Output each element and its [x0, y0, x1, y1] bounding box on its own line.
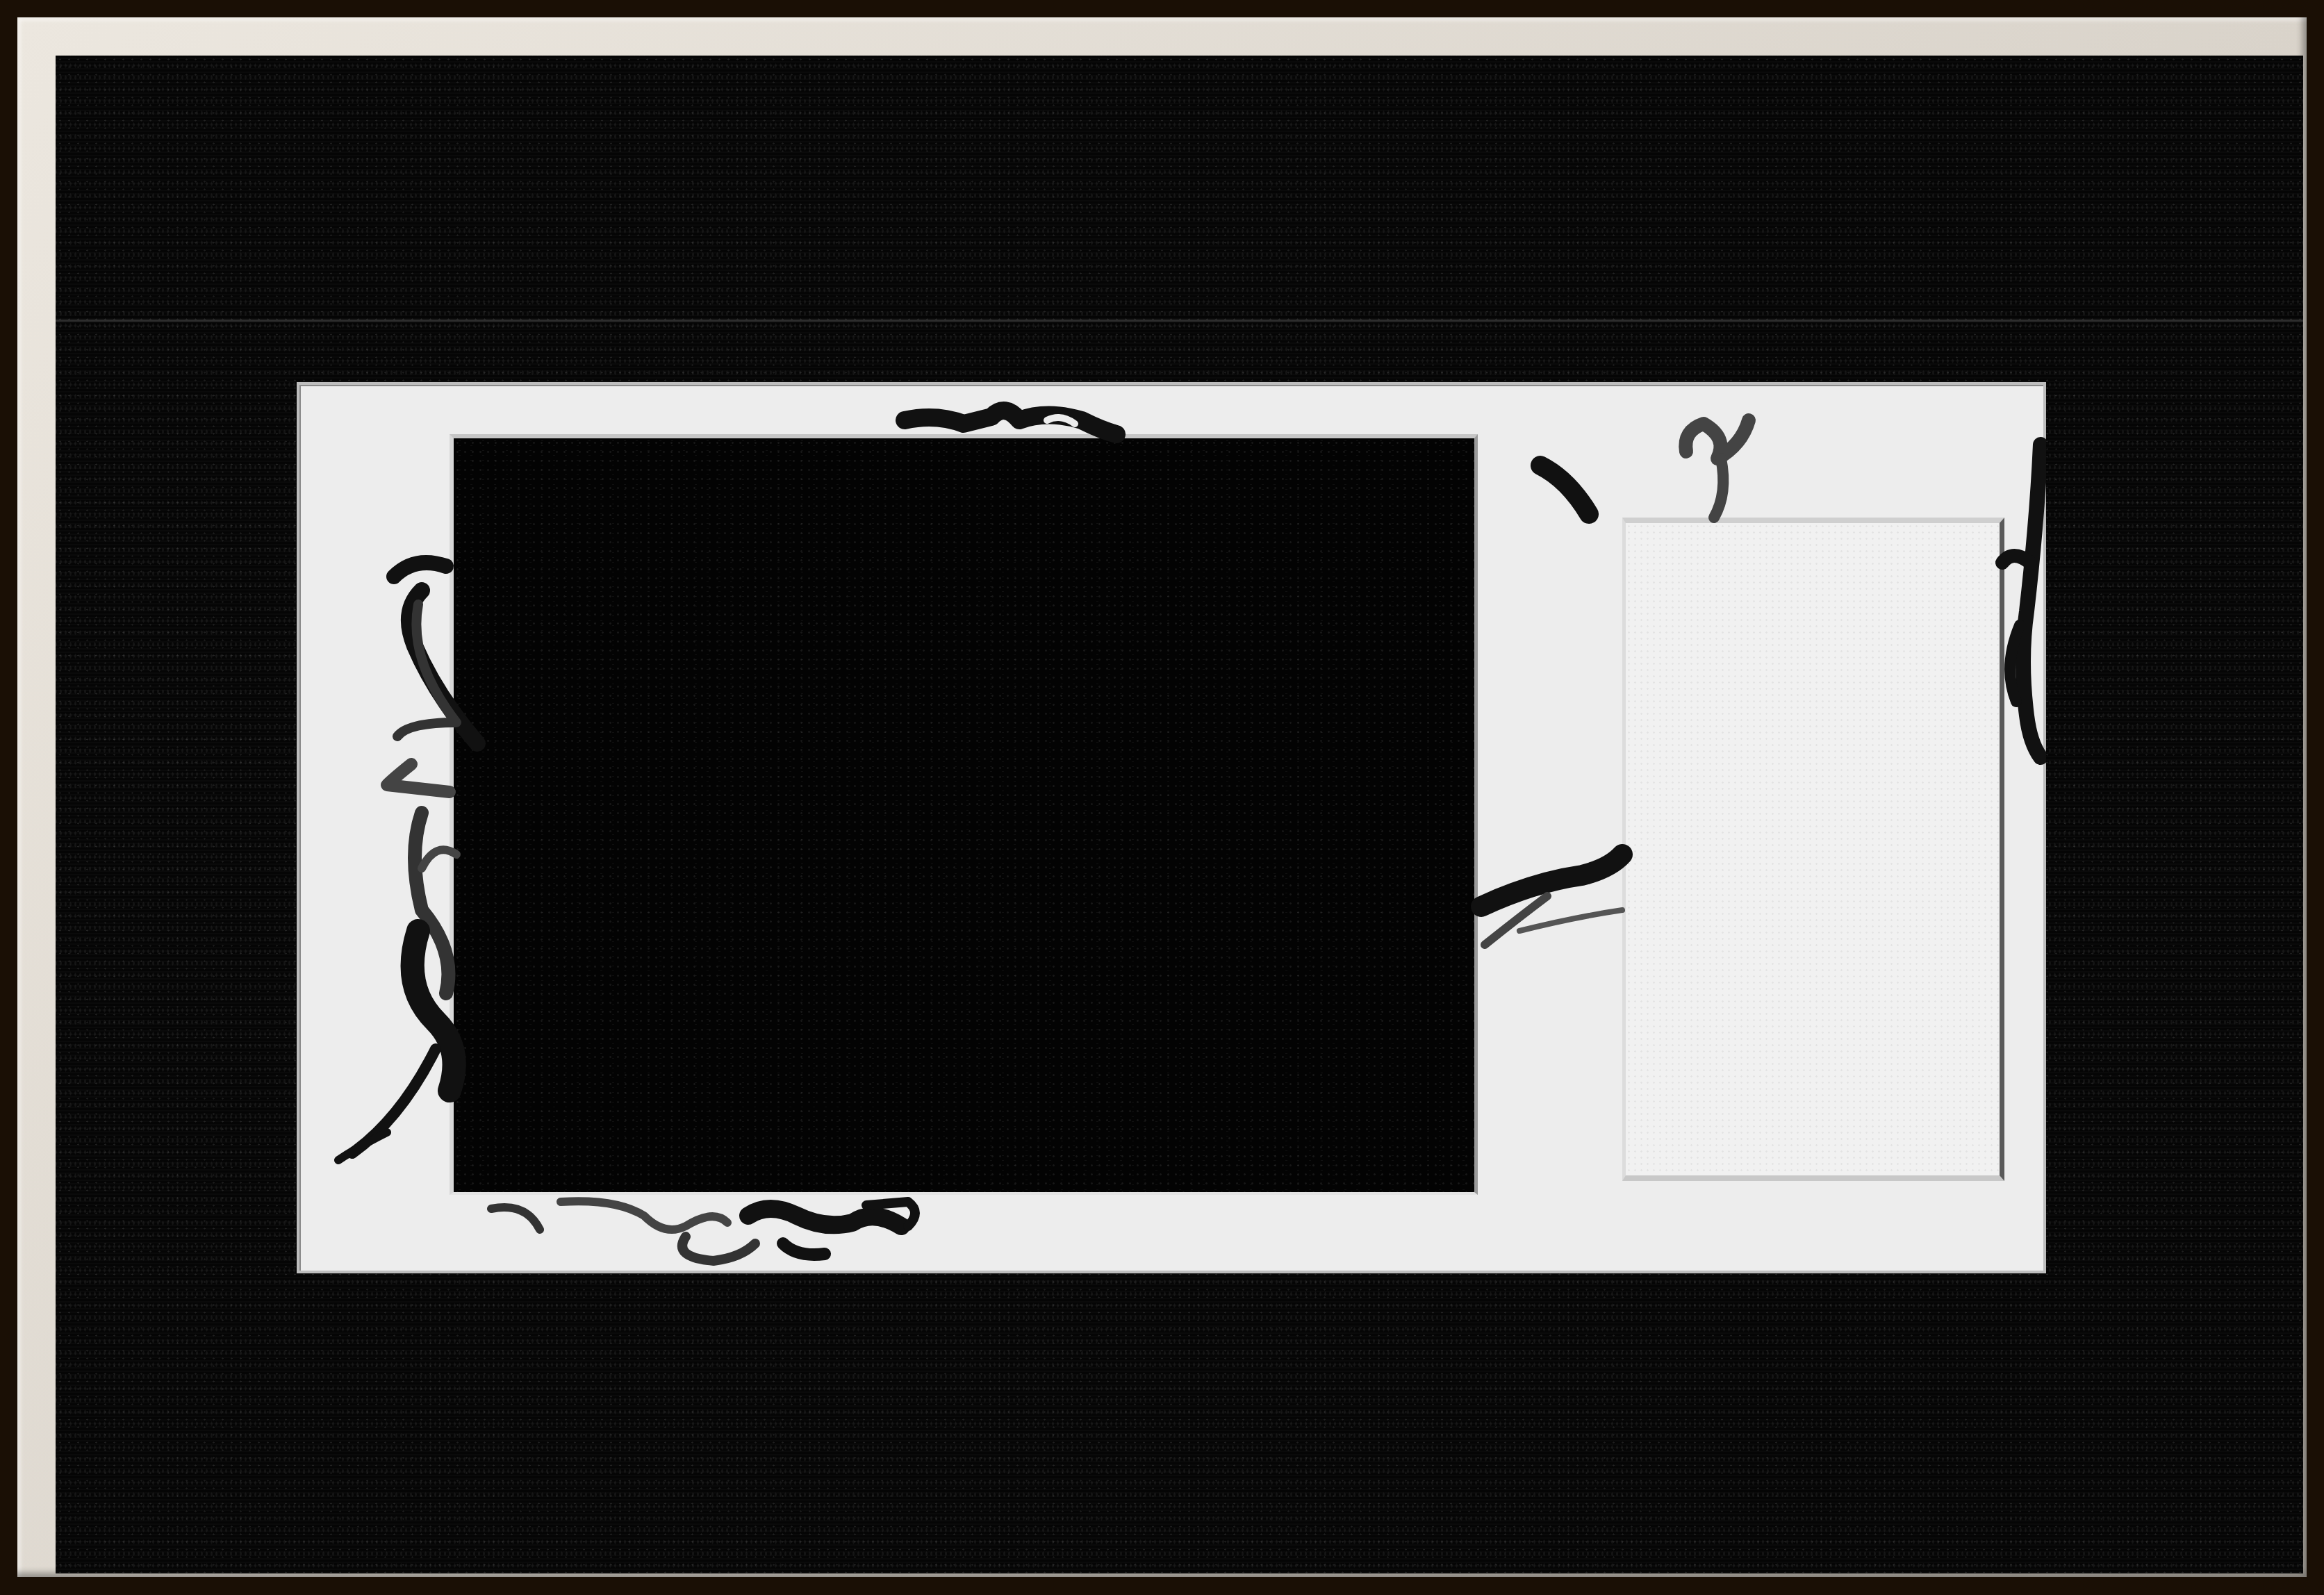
scan-line-artifact	[56, 320, 2303, 322]
photo-frame-border	[17, 17, 2307, 1577]
black-background	[56, 56, 2303, 1573]
right-mat-window	[1622, 518, 2004, 1181]
photo-mat	[297, 382, 2046, 1273]
left-mat-window	[450, 434, 1478, 1195]
